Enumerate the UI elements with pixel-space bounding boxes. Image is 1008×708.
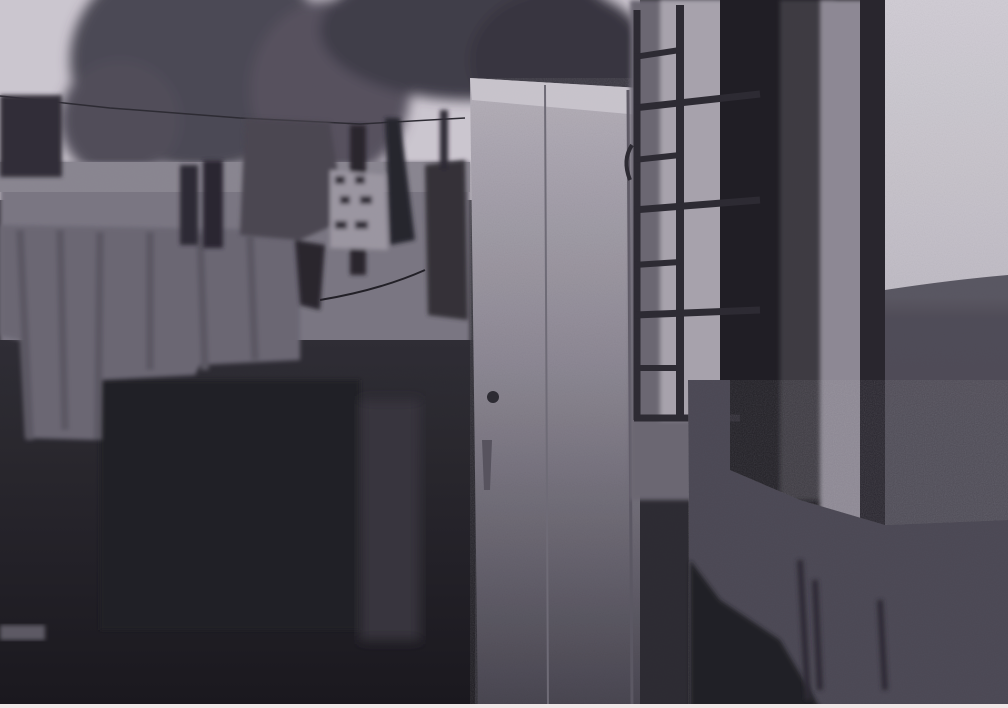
photograph: Backyard scene with laundry hanging on a… bbox=[0, 0, 1008, 708]
scene bbox=[0, 0, 1008, 708]
